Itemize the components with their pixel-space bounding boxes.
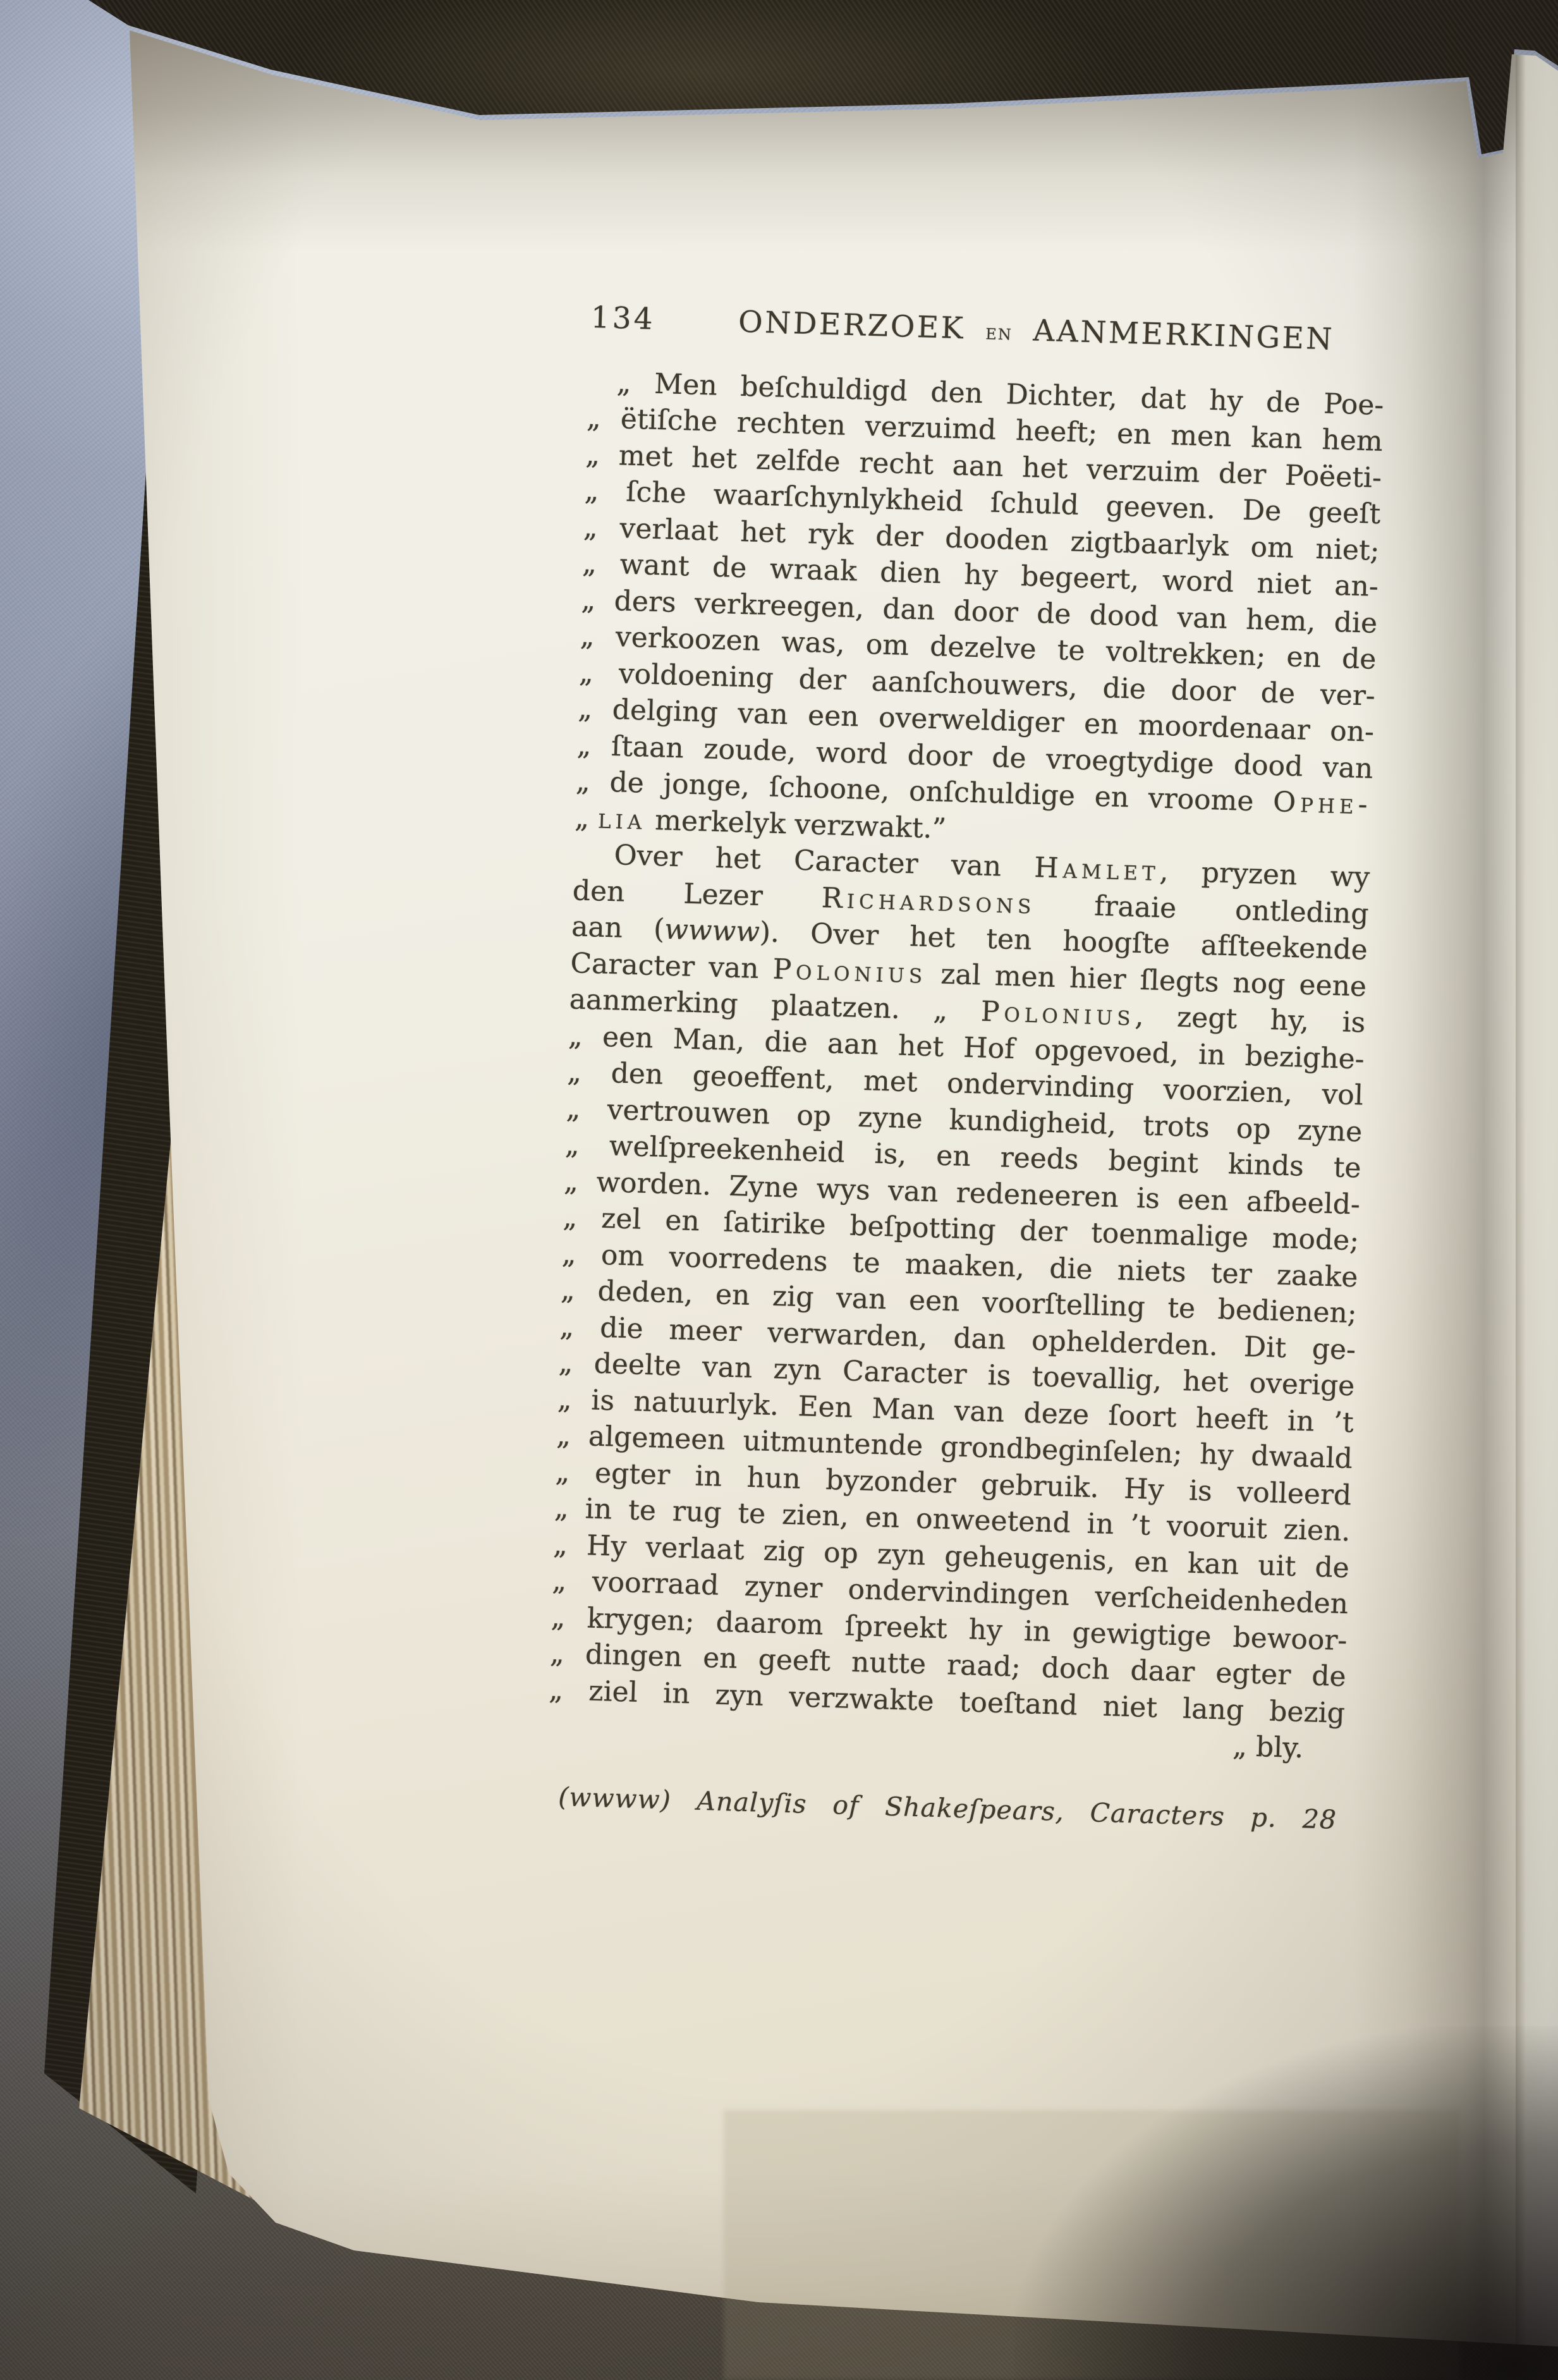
book-photo: 134 ONDERZOEK en AANMERKINGEN „ Men beſc… [0, 0, 1558, 2380]
bottom-right-shadow [1014, 2026, 1558, 2380]
body-text: „ Men beſchuldigd den Dichter, dat hy de… [547, 363, 1384, 1767]
printed-text-block: 134 ONDERZOEK en AANMERKINGEN „ Men beſc… [545, 300, 1387, 1838]
book-page: 134 ONDERZOEK en AANMERKINGEN „ Men beſc… [0, 0, 1558, 2380]
page-number: 134 [590, 300, 688, 339]
